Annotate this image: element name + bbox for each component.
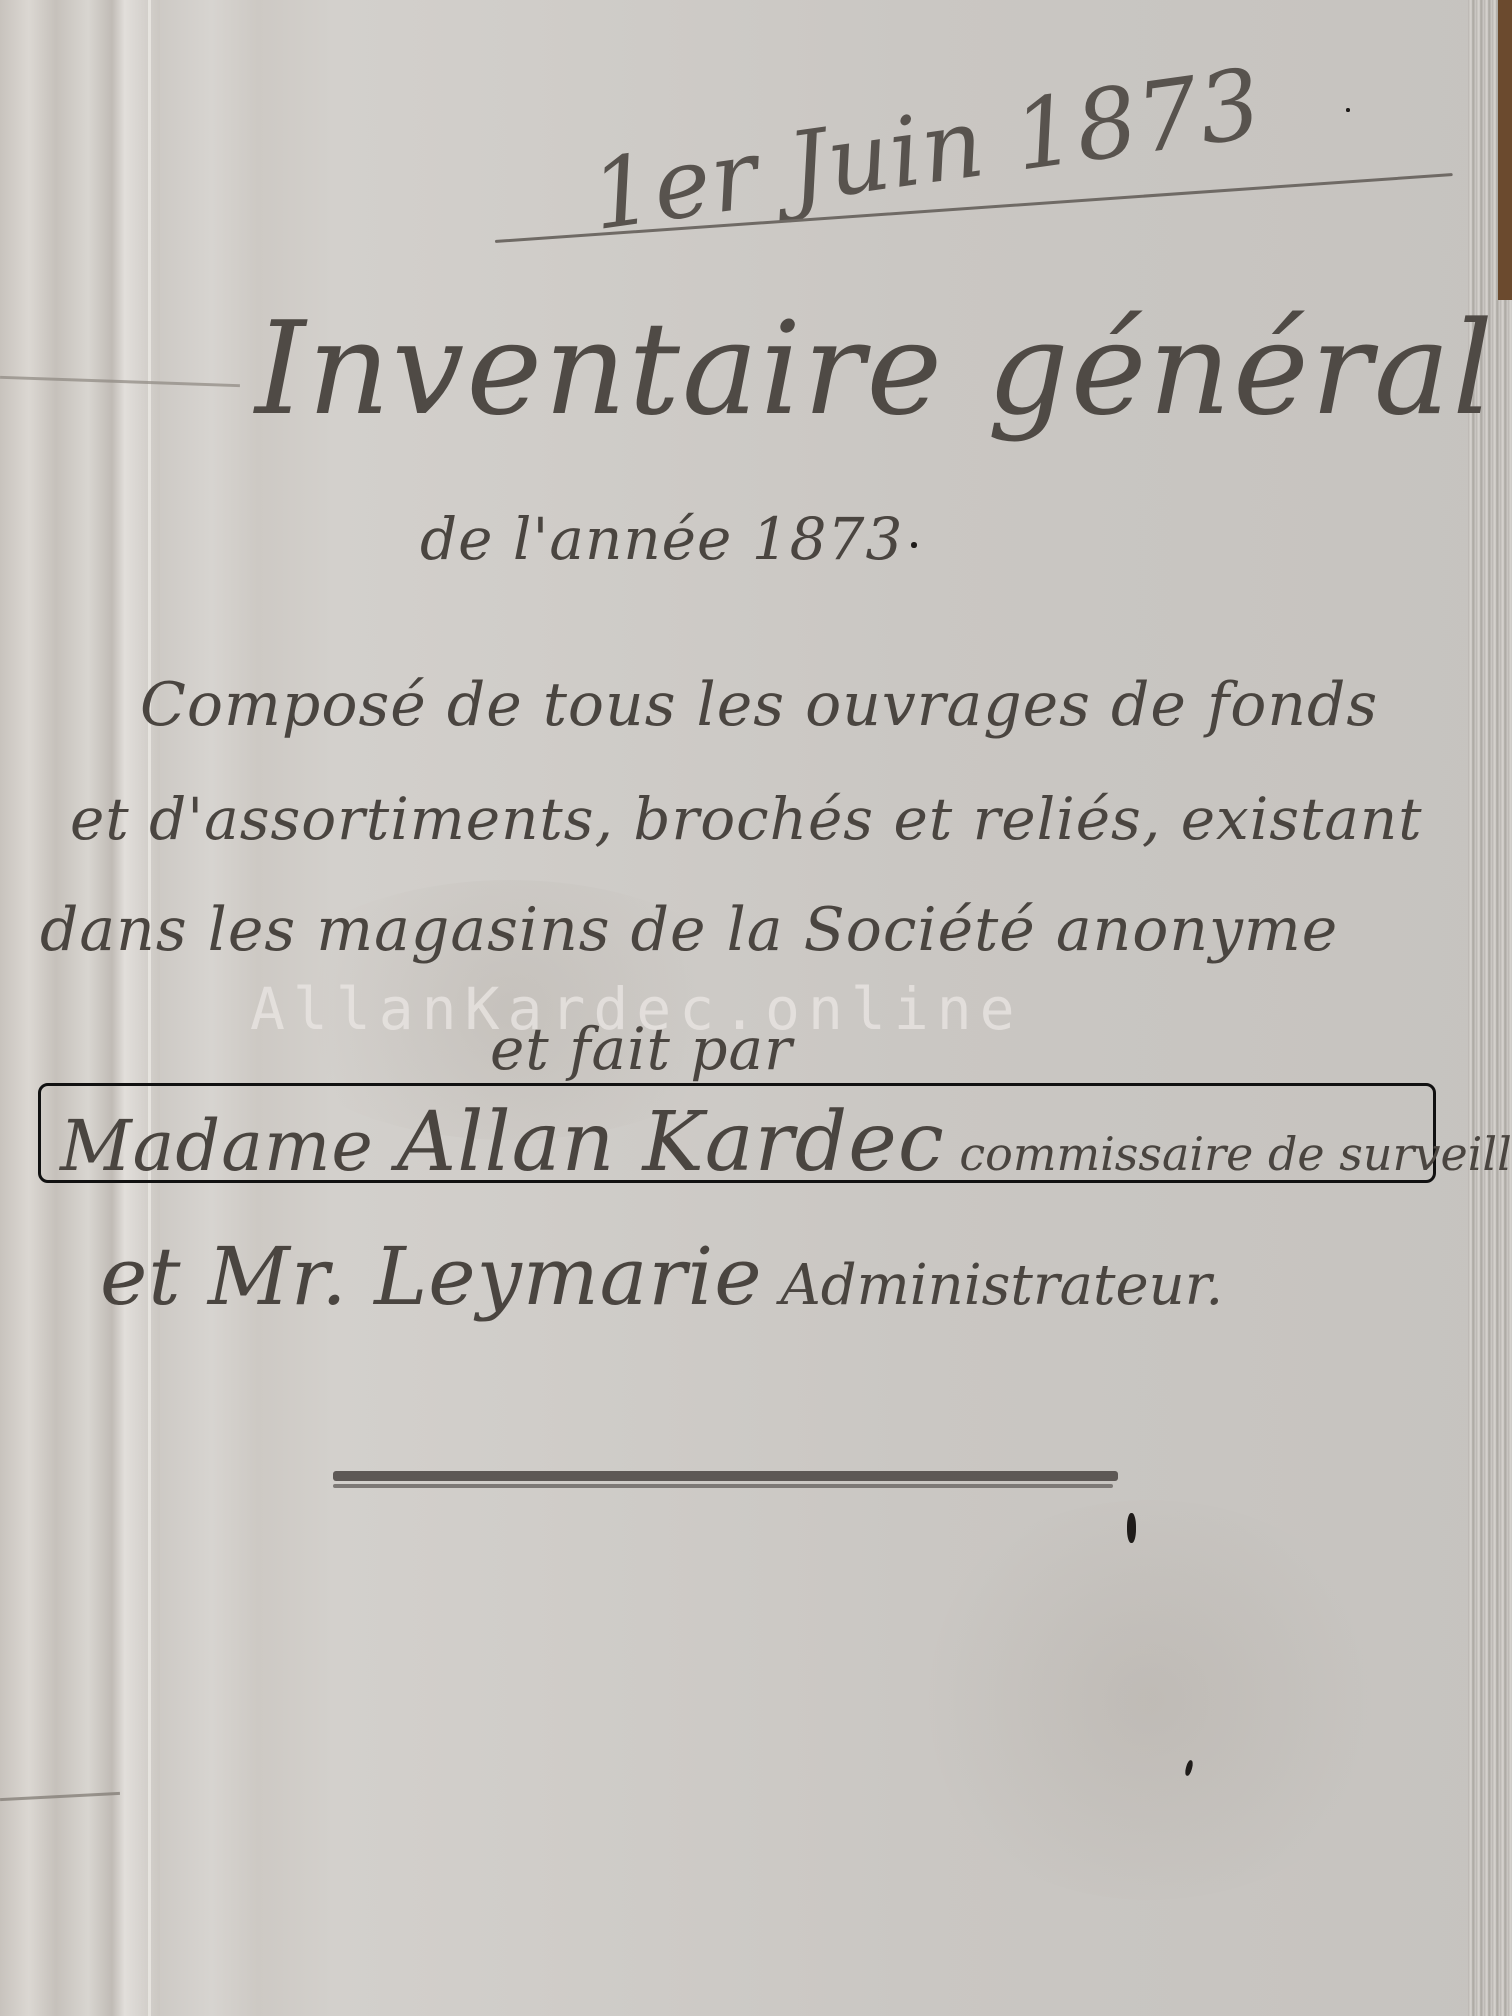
document-photo: 1er Juin 1873 Inventaire général de l'an… — [0, 0, 1512, 2016]
wooden-background — [1498, 0, 1512, 300]
signatory-role: Administrateur. — [763, 1253, 1224, 1318]
document-title: Inventaire général — [255, 295, 1495, 444]
body-line-1: Composé de tous les ouvrages de fonds — [140, 670, 1378, 740]
body-line-2: et d'assortiments, brochés et reliés, ex… — [70, 785, 1423, 853]
second-signatory-line: et Mr. Leymarie Administrateur. — [100, 1230, 1223, 1323]
signatory-name: Leymarie — [374, 1230, 762, 1323]
book-spine-fold — [0, 0, 160, 2016]
closing-rule-thin — [333, 1484, 1113, 1488]
signatory-prefix: Madame — [60, 1105, 397, 1187]
highlighted-signatory-line: Madame Allan Kardec commissaire de surve… — [60, 1095, 1512, 1190]
date-line: 1er Juin 1873 — [584, 47, 1268, 252]
document-subtitle: de l'année 1873 — [420, 505, 903, 573]
spine-crease — [148, 0, 151, 2016]
paper-stain — [900, 1500, 1400, 1900]
body-line-3: dans les magasins de la Société anonyme — [40, 895, 1338, 965]
signatory-prefix: et Mr. — [100, 1230, 374, 1323]
signatory-name: Allan Kardec — [397, 1095, 945, 1190]
closing-rule-thick — [333, 1471, 1118, 1481]
ink-spot — [1346, 108, 1350, 112]
watermark: AllanKardec.online — [250, 975, 1023, 1043]
ink-spot — [911, 542, 917, 548]
ink-spot — [1127, 1513, 1136, 1543]
signatory-role: commissaire de surveillance — [945, 1127, 1512, 1181]
